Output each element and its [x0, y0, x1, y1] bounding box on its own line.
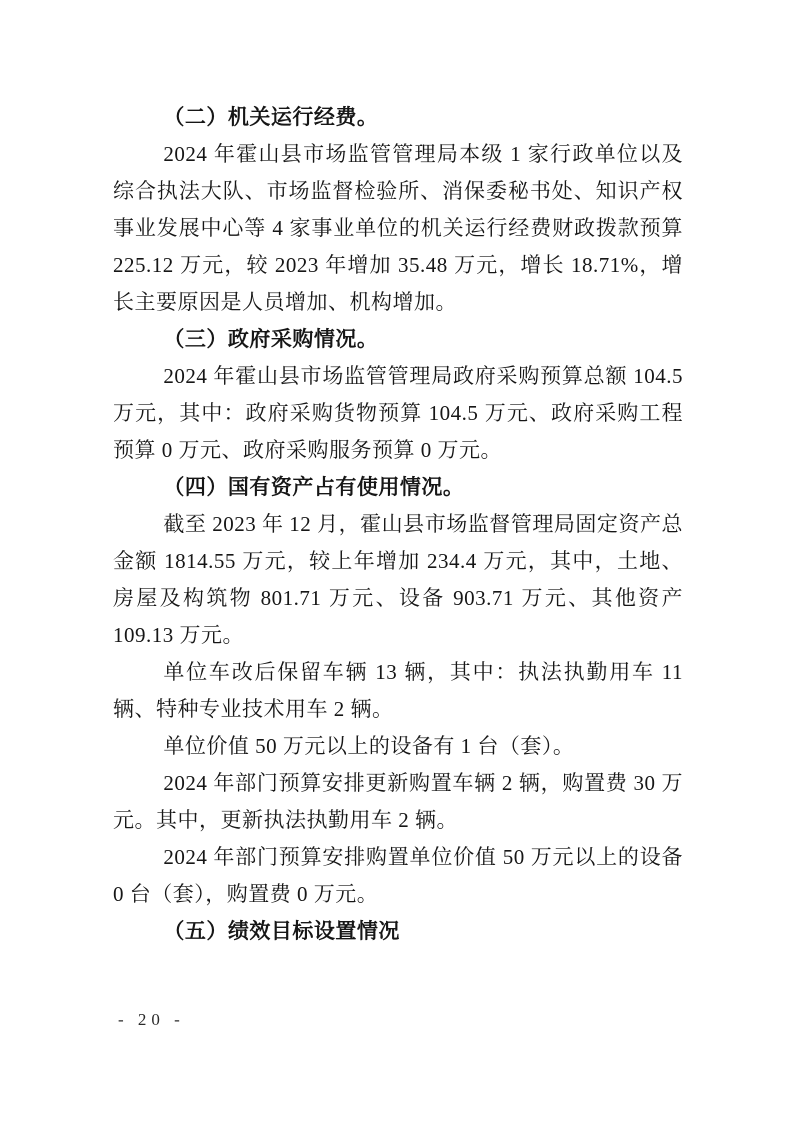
- body-paragraph: 2024 年霍山县市场监管管理局政府采购预算总额 104.5 万元，其中：政府采…: [113, 358, 683, 469]
- section-heading-5: （五）绩效目标设置情况: [113, 913, 683, 950]
- document-body: （二）机关运行经费。 2024 年霍山县市场监管管理局本级 1 家行政单位以及综…: [113, 99, 683, 950]
- section-heading-2: （二）机关运行经费。: [113, 99, 683, 136]
- page-number: - 20 -: [118, 1010, 185, 1030]
- body-paragraph: 单位价值 50 万元以上的设备有 1 台（套）。: [113, 728, 683, 765]
- body-paragraph: 2024 年部门预算安排更新购置车辆 2 辆，购置费 30 万元。其中，更新执法…: [113, 765, 683, 839]
- section-heading-4: （四）国有资产占有使用情况。: [113, 469, 683, 506]
- body-paragraph: 2024 年霍山县市场监管管理局本级 1 家行政单位以及综合执法大队、市场监督检…: [113, 136, 683, 321]
- section-heading-3: （三）政府采购情况。: [113, 321, 683, 358]
- body-paragraph: 单位车改后保留车辆 13 辆，其中：执法执勤用车 11 辆、特种专业技术用车 2…: [113, 654, 683, 728]
- document-page: （二）机关运行经费。 2024 年霍山县市场监管管理局本级 1 家行政单位以及综…: [0, 0, 793, 1122]
- body-paragraph: 截至 2023 年 12 月，霍山县市场监督管理局固定资产总金额 1814.55…: [113, 506, 683, 654]
- body-paragraph: 2024 年部门预算安排购置单位价值 50 万元以上的设备 0 台（套），购置费…: [113, 839, 683, 913]
